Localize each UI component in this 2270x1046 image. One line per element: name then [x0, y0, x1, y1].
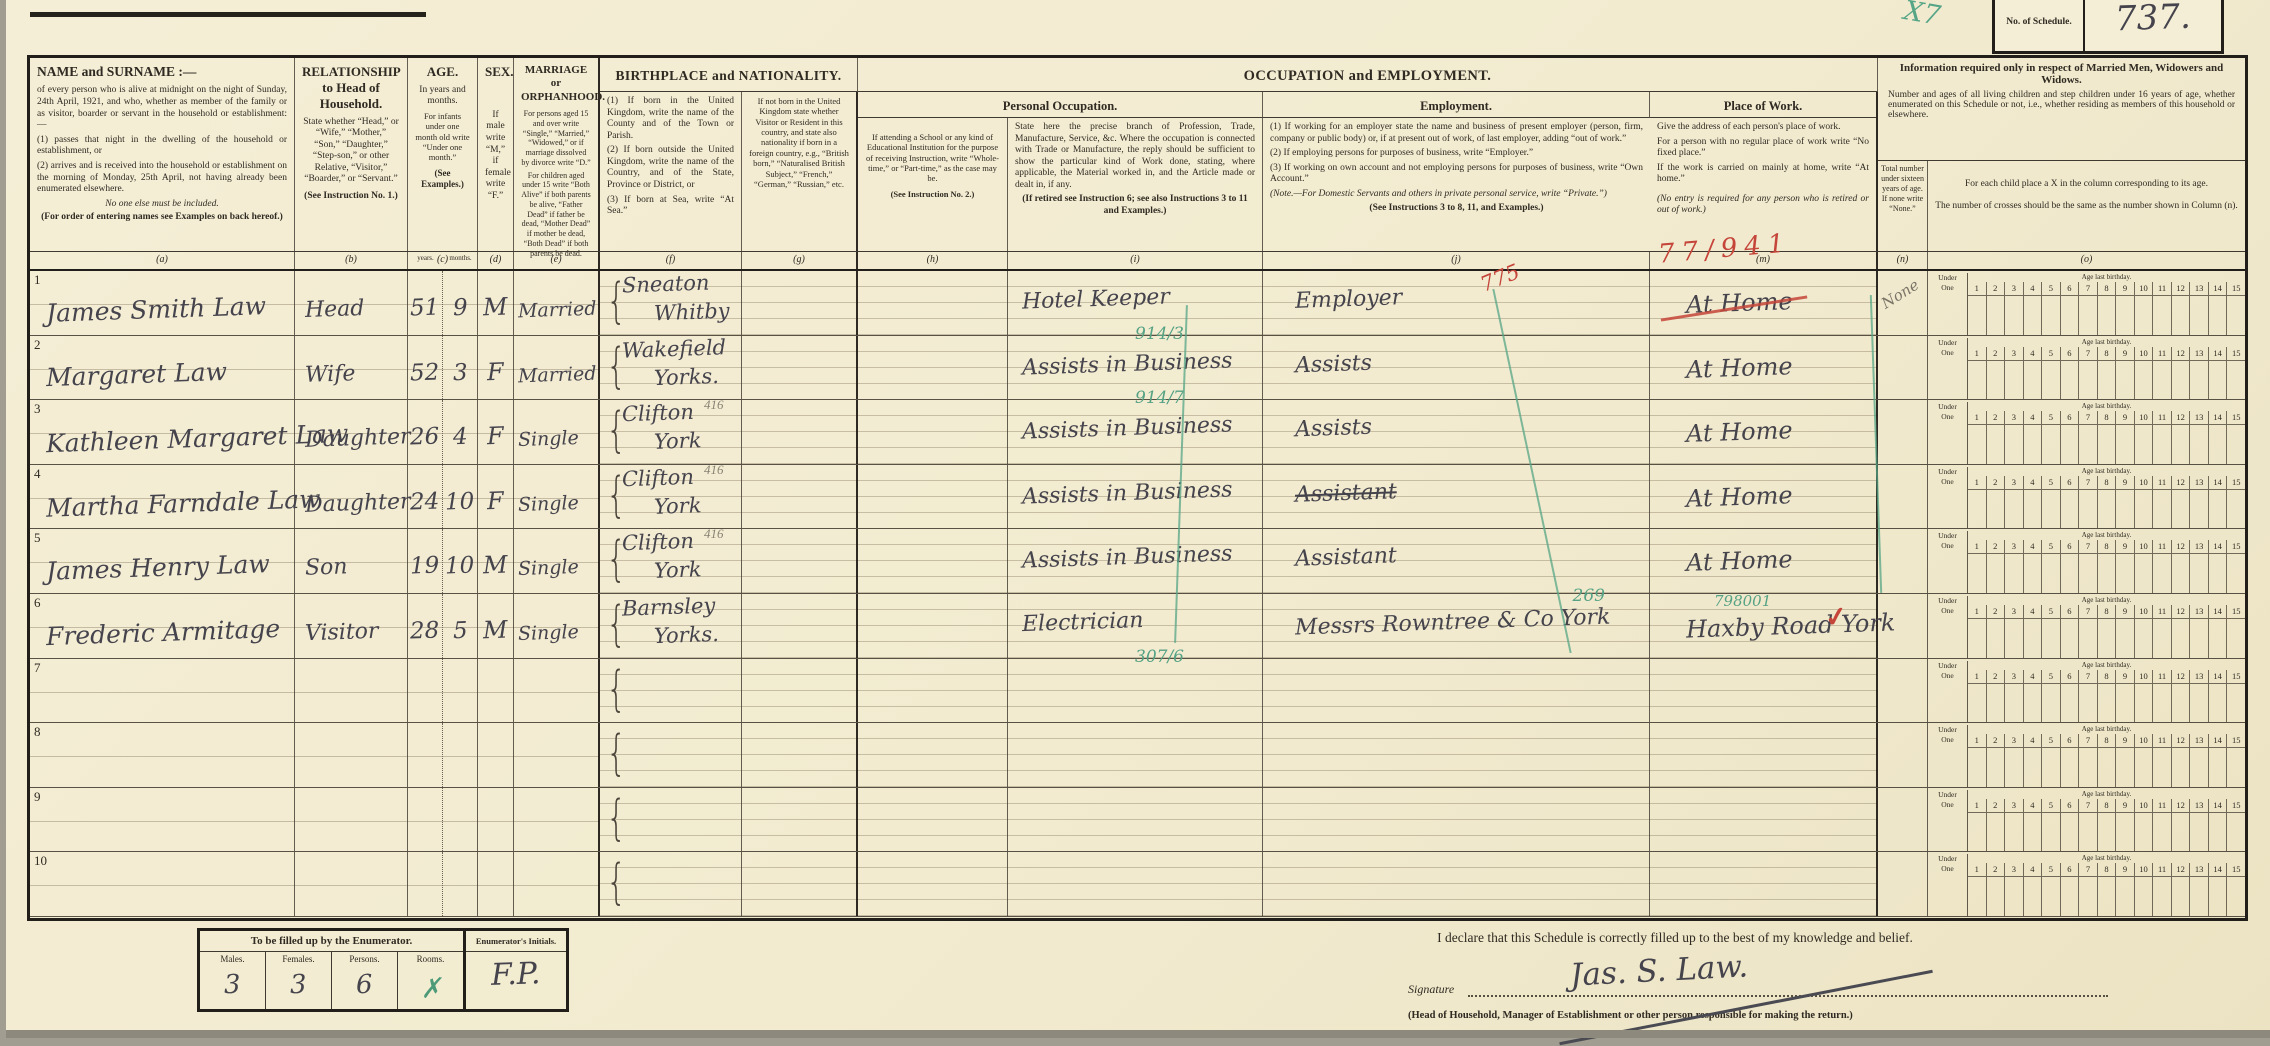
age-numbers-row: 123456789101112131415 [1968, 347, 2245, 361]
age-number: 8 [2098, 605, 2117, 618]
children-age-grid: UnderOneAge last birthday.12345678910111… [1928, 465, 2245, 529]
age-number: 10 [2135, 799, 2154, 812]
age-mark-cell [2227, 684, 2245, 723]
age-mark-cell [2098, 554, 2117, 593]
header-occupation-desc: State here the precise branch of Profess… [1008, 118, 1263, 251]
age-months: 10 [443, 465, 477, 529]
employment-entry: Assistant [1295, 546, 1397, 572]
employment-cell [1263, 788, 1650, 852]
relationship-cell [295, 723, 408, 787]
age-number: 5 [2042, 863, 2061, 876]
age-number: 5 [2042, 734, 2061, 747]
age-number: 3 [2005, 734, 2024, 747]
age-years-entry: 28 [410, 619, 440, 643]
age-number: 6 [2061, 863, 2080, 876]
census-1921-schedule-scan: { "page": { "schedule_label": "No. of Sc… [0, 0, 2270, 1046]
enumerator-title: To be filled up by the Enumerator. [200, 931, 463, 952]
age-years-entry: 24 [410, 490, 440, 514]
under-one-label: UnderOne [1928, 273, 1968, 335]
age-number: 15 [2227, 670, 2245, 683]
name-cell: 8 [30, 723, 295, 787]
age-months: 3 [443, 336, 477, 400]
age-mark-cell [2209, 813, 2228, 852]
married-info-title-block: Information required only in respect of … [1878, 58, 2245, 161]
age-mark-cells [1968, 361, 2245, 400]
employment-code-annotation: 269 [1573, 586, 1605, 606]
sex-entry: F [487, 424, 504, 449]
age-last-birthday-label: Age last birthday. [1968, 531, 2245, 540]
age-mark-cells [1968, 877, 2245, 916]
age-number: 15 [2227, 282, 2245, 295]
name-cell: 2Margaret Law [30, 336, 295, 400]
header-nationality: If not born in the United Kingdom state … [742, 92, 858, 251]
age-mark-cell [1968, 748, 1987, 787]
age-number: 13 [2190, 863, 2209, 876]
age-last-birthday-label: Age last birthday. [1968, 790, 2245, 799]
name-entry: Margaret Law [46, 358, 228, 389]
age-mark-cell [2190, 296, 2209, 335]
age-mark-cell [1987, 619, 2006, 658]
age-number: 8 [2098, 734, 2117, 747]
label-females: Females. [266, 952, 332, 968]
persons-value: 6 [332, 968, 398, 1009]
column-letter-b: (b) [295, 252, 408, 269]
age-number: 9 [2116, 605, 2135, 618]
age-mark-cell [1987, 490, 2006, 529]
sex-cell: F [478, 336, 514, 400]
age-mark-cell [2172, 361, 2191, 400]
age-number: 3 [2005, 799, 2024, 812]
age-number: 10 [2135, 411, 2154, 424]
age-number: 12 [2172, 605, 2191, 618]
place-of-work-cell [1650, 723, 1878, 787]
age-mark-cell [2172, 684, 2191, 723]
nationality-cell [742, 271, 858, 335]
children-grid-cell: UnderOneAge last birthday.12345678910111… [1928, 465, 2245, 529]
header-children-grid: For each child place a X in the column c… [1928, 161, 2245, 251]
age-mark-cell [2079, 554, 2098, 593]
age-number: 10 [2135, 734, 2154, 747]
column-letter-row: (a) (b) (c) (d) (e) (f) (g) (h) (i) (j) … [30, 251, 2245, 271]
total-under-16-cell [1878, 594, 1928, 658]
age-number: 10 [2135, 540, 2154, 553]
marriage-cell: Married [514, 271, 600, 335]
enumerator-initials-label: Enumerator's Initials. [466, 931, 566, 952]
age-months [443, 852, 477, 916]
age-mark-cell [2209, 296, 2228, 335]
table-row: 9{UnderOneAge last birthday.123456789101… [30, 788, 2245, 853]
sex-cell [478, 788, 514, 852]
age-mark-cell [2172, 619, 2191, 658]
table-row: 5James Henry LawSon1910MSingle{CliftonYo… [30, 529, 2245, 594]
age-number: 11 [2153, 799, 2172, 812]
sex-cell [478, 723, 514, 787]
census-table: NAME and SURNAME :— of every person who … [27, 55, 2248, 921]
age-mark-cell [2098, 619, 2117, 658]
occupation-cell: Assists in Business [1008, 529, 1263, 593]
age-number: 12 [2172, 799, 2191, 812]
name-column-note2: (For order of entering names see Example… [37, 212, 287, 224]
enumerator-box: To be filled up by the Enumerator. Males… [197, 928, 569, 1012]
place-of-work-title: Place of Work. [1650, 92, 1876, 118]
age-cell [408, 788, 478, 852]
occupation-cell: Assists in Business [1008, 400, 1263, 464]
age-number: 8 [2098, 799, 2117, 812]
sex-entry: M [483, 295, 508, 320]
employment-entry: Assists [1295, 417, 1373, 442]
age-months [443, 723, 477, 787]
age-mark-cell [2209, 425, 2228, 464]
age-number: 5 [2042, 347, 2061, 360]
age-number: 6 [2061, 734, 2080, 747]
age-mark-cell [2153, 813, 2172, 852]
age-years: 24 [408, 465, 443, 529]
age-mark-cell [2005, 877, 2024, 916]
age-years-months-minihead: years. months. [408, 254, 478, 262]
age-number: 8 [2098, 347, 2117, 360]
age-number: 15 [2227, 476, 2245, 489]
age-number: 11 [2153, 476, 2172, 489]
age-number: 12 [2172, 411, 2191, 424]
rooms-green-mark: ✗ [418, 973, 443, 1005]
age-mark-cell [1987, 296, 2006, 335]
children-grid-cell: UnderOneAge last birthday.12345678910111… [1928, 271, 2245, 335]
age-number: 8 [2098, 540, 2117, 553]
age-mark-cell [2135, 425, 2154, 464]
age-number: 6 [2061, 540, 2080, 553]
children-grid-cell: UnderOneAge last birthday.12345678910111… [1928, 594, 2245, 658]
table-row: 1James Smith LawHead519MMarried{SneatonW… [30, 271, 2245, 336]
age-number: 4 [2024, 734, 2043, 747]
age-mark-cell [2135, 619, 2154, 658]
age-mark-cell [2079, 813, 2098, 852]
occupation-entry: Assists in Business [1022, 544, 1233, 573]
age-number: 2 [1987, 540, 2006, 553]
age-number: 15 [2227, 734, 2245, 747]
age-number: 14 [2209, 863, 2228, 876]
age-mark-cell [2116, 877, 2135, 916]
age-number: 2 [1987, 476, 2006, 489]
age-number: 8 [2098, 670, 2117, 683]
age-mark-cell [2079, 748, 2098, 787]
pencil-annotation: 416 [704, 397, 724, 413]
age-months: 4 [443, 400, 477, 464]
age-number: 2 [1987, 282, 2006, 295]
children-age-grid: UnderOneAge last birthday.12345678910111… [1928, 336, 2245, 400]
age-mark-cell [2061, 296, 2080, 335]
age-mark-cell [2079, 877, 2098, 916]
age-number: 2 [1987, 799, 2006, 812]
pencil-annotation: 416 [704, 526, 724, 542]
age-mark-cell [2116, 425, 2135, 464]
employment-entry: Assistant [1295, 481, 1397, 507]
age-months: 5 [443, 594, 477, 658]
age-cell [408, 852, 478, 916]
age-number: 10 [2135, 863, 2154, 876]
age-mark-cell [1987, 877, 2006, 916]
age-mark-cells [1968, 425, 2245, 464]
employment-cell: Assistant [1263, 529, 1650, 593]
age-mark-cell [1987, 813, 2006, 852]
total-under-16-cell [1878, 788, 1928, 852]
birthplace-cell: {CliftonYork416 [600, 529, 742, 593]
header-occupation-group: OCCUPATION and EMPLOYMENT. Personal Occu… [858, 58, 1878, 251]
age-number: 4 [2024, 282, 2043, 295]
age-number: 1 [1968, 734, 1987, 747]
row-number: 2 [34, 337, 41, 353]
declaration-block: I declare that this Schedule is correctl… [1240, 930, 2110, 1021]
birthplace-line1: Barnsley [622, 595, 716, 619]
age-number: 6 [2061, 605, 2080, 618]
occupation-cell [1008, 723, 1263, 787]
age-number: 7 [2079, 670, 2098, 683]
age-number: 7 [2079, 347, 2098, 360]
total-under-16-entry: None [1879, 277, 1921, 311]
age-mark-cell [2024, 813, 2043, 852]
age-mark-cell [2098, 877, 2117, 916]
age-number: 7 [2079, 863, 2098, 876]
marriage-cell [514, 659, 600, 723]
age-last-birthday-label: Age last birthday. [1968, 725, 2245, 734]
header-birthplace-uk: (1) If born in the United Kingdom, write… [600, 92, 742, 251]
row-number: 5 [34, 530, 41, 546]
age-years: 51 [408, 271, 443, 335]
under-one-label: UnderOne [1928, 531, 1968, 593]
enumerator-column-labels: Males. Females. Persons. Rooms. [200, 952, 463, 968]
enumerator-counts: To be filled up by the Enumerator. Males… [200, 931, 466, 1009]
age-mark-cell [2153, 619, 2172, 658]
age-number: 7 [2079, 411, 2098, 424]
employment-cell: Messrs Rowntree & Co York269 [1263, 594, 1650, 658]
employment-cell: Assists [1263, 400, 1650, 464]
age-number: 7 [2079, 282, 2098, 295]
age-mark-cell [2135, 813, 2154, 852]
age-numbers-row: 123456789101112131415 [1968, 282, 2245, 296]
age-number: 2 [1987, 411, 2006, 424]
age-numbers-row: 123456789101112131415 [1968, 540, 2245, 554]
relationship-cell: Head [295, 271, 408, 335]
under-one-label: UnderOne [1928, 854, 1968, 916]
age-mark-cell [2024, 748, 2043, 787]
nationality-cell [742, 659, 858, 723]
age-number: 5 [2042, 670, 2061, 683]
occupation-group-title: OCCUPATION and EMPLOYMENT. [858, 58, 1878, 92]
age-number: 3 [2005, 540, 2024, 553]
age-mark-cell [2172, 813, 2191, 852]
age-mark-cell [1968, 877, 1987, 916]
age-number: 4 [2024, 476, 2043, 489]
age-number: 10 [2135, 282, 2154, 295]
children-grid-cell: UnderOneAge last birthday.12345678910111… [1928, 400, 2245, 464]
place-of-work-cell: At Home [1650, 400, 1878, 464]
birthplace-cell: {SneatonWhitby [600, 271, 742, 335]
age-number: 12 [2172, 670, 2191, 683]
age-number: 12 [2172, 734, 2191, 747]
place-of-work-entry: At Home [1686, 354, 1793, 382]
school-attendance-cell [858, 400, 1008, 464]
row-number: 10 [34, 853, 47, 869]
employment-cell: Employer [1263, 271, 1650, 335]
birthplace-cell: {CliftonYork416 [600, 465, 742, 529]
age-number: 4 [2024, 411, 2043, 424]
age-number: 11 [2153, 605, 2172, 618]
sex-entry: M [483, 618, 508, 643]
relationship-cell: Daughter [295, 400, 408, 464]
header-sex-column: SEX. If male write “M,” if female write … [478, 58, 514, 251]
age-number: 9 [2116, 863, 2135, 876]
age-number: 4 [2024, 540, 2043, 553]
total-under-16-cell [1878, 723, 1928, 787]
sex-cell: F [478, 465, 514, 529]
nationality-cell [742, 400, 858, 464]
age-cell: 285 [408, 594, 478, 658]
age-last-birthday-label: Age last birthday. [1968, 402, 2245, 411]
age-mark-cell [2079, 684, 2098, 723]
total-under-16-cell [1878, 529, 1928, 593]
birthplace-line1: Clifton [622, 531, 695, 554]
marriage-cell: Married [514, 336, 600, 400]
age-mark-cell [2190, 361, 2209, 400]
age-years-entry: 19 [410, 555, 440, 579]
age-mark-cell [2135, 490, 2154, 529]
name-entry: James Smith Law [46, 293, 267, 326]
age-mark-cell [2079, 490, 2098, 529]
age-mark-cell [1968, 554, 1987, 593]
marriage-entry: Married [518, 364, 597, 386]
age-mark-cell [2079, 425, 2098, 464]
age-mark-cell [2098, 684, 2117, 723]
age-mark-cell [2172, 490, 2191, 529]
paper: No. of Schedule. 737. X7 NAME and SURNAM… [6, 0, 2270, 1038]
school-attendance-cell [858, 336, 1008, 400]
age-number: 7 [2079, 476, 2098, 489]
age-numbers-row: 123456789101112131415 [1968, 411, 2245, 425]
age-mark-cell [2153, 296, 2172, 335]
age-mark-cell [2079, 619, 2098, 658]
age-numbers-row: 123456789101112131415 [1968, 476, 2245, 490]
age-mark-cell [2209, 748, 2228, 787]
age-mark-cell [2061, 554, 2080, 593]
age-number: 1 [1968, 670, 1987, 683]
age-mark-cell [2135, 684, 2154, 723]
label-persons: Persons. [332, 952, 398, 968]
place-of-work-entry: Haxby Road York [1686, 610, 1896, 641]
sex-cell: M [478, 529, 514, 593]
place-code-annotation: 798001 [1714, 592, 1771, 610]
age-number: 6 [2061, 799, 2080, 812]
name-cell: 7 [30, 659, 295, 723]
table-body: 1James Smith LawHead519MMarried{SneatonW… [30, 271, 2245, 917]
age-mark-cell [2153, 425, 2172, 464]
age-number: 1 [1968, 411, 1987, 424]
age-last-birthday-label: Age last birthday. [1968, 596, 2245, 605]
age-mark-cell [2042, 813, 2061, 852]
occupation-entry: Electrician [1022, 610, 1144, 636]
age-number: 7 [2079, 605, 2098, 618]
age-mark-cell [2153, 877, 2172, 916]
children-age-grid: UnderOneAge last birthday.12345678910111… [1928, 400, 2245, 464]
age-last-birthday-label: Age last birthday. [1968, 338, 2245, 347]
age-cell [408, 723, 478, 787]
age-number: 5 [2042, 476, 2061, 489]
age-mark-cell [2227, 490, 2245, 529]
name-cell: 10 [30, 852, 295, 916]
age-years [408, 788, 443, 852]
school-attendance-cell [858, 723, 1008, 787]
table-row: 7{UnderOneAge last birthday.123456789101… [30, 659, 2245, 724]
age-mark-cell [2042, 296, 2061, 335]
marriage-entry: Single [518, 494, 579, 515]
birthplace-line1: Wakefield [622, 337, 727, 362]
birthplace-line2: Yorks. [654, 624, 720, 647]
males-value: 3 [200, 968, 266, 1009]
age-number: 10 [2135, 347, 2154, 360]
age-mark-cell [2024, 684, 2043, 723]
age-number: 13 [2190, 734, 2209, 747]
children-age-grid: UnderOneAge last birthday.12345678910111… [1928, 594, 2245, 658]
schedule-number-value: 737. [2085, 0, 2221, 51]
age-mark-cell [2005, 425, 2024, 464]
age-number: 13 [2190, 411, 2209, 424]
age-years: 52 [408, 336, 443, 400]
age-mark-cell [2042, 425, 2061, 464]
schedule-number-label: No. of Schedule. [1995, 0, 2085, 51]
age-number: 14 [2209, 799, 2228, 812]
age-number: 1 [1968, 863, 1987, 876]
age-mark-cell [2172, 425, 2191, 464]
marriage-cell: Single [514, 529, 600, 593]
children-grid-cell: UnderOneAge last birthday.12345678910111… [1928, 529, 2245, 593]
age-number: 9 [2116, 670, 2135, 683]
name-column-desc: of every person who is alive at midnight… [37, 85, 287, 131]
age-months-entry: 10 [445, 555, 475, 579]
table-row: 10{UnderOneAge last birthday.12345678910… [30, 852, 2245, 917]
birthplace-cell: {BarnsleyYorks. [600, 594, 742, 658]
place-of-work-entry: At Home [1686, 548, 1793, 576]
occupation-cell [1008, 788, 1263, 852]
header-school-attendance: If attending a School or any kind of Edu… [858, 118, 1008, 251]
table-row: 2Margaret LawWife523FMarried{WakefieldYo… [30, 336, 2245, 401]
age-mark-cell [2153, 361, 2172, 400]
age-mark-cell [2005, 684, 2024, 723]
sex-cell: F [478, 400, 514, 464]
header-birthplace-group: BIRTHPLACE and NATIONALITY. (1) If born … [600, 58, 858, 251]
age-mark-cell [2005, 619, 2024, 658]
age-number: 3 [2005, 670, 2024, 683]
personal-occupation-subgroup: Personal Occupation. If attending a Scho… [858, 92, 1263, 251]
age-cell: 1910 [408, 529, 478, 593]
marriage-cell: Single [514, 400, 600, 464]
age-number: 9 [2116, 734, 2135, 747]
age-mark-cell [2042, 554, 2061, 593]
age-mark-cell [2024, 554, 2043, 593]
age-months [443, 788, 477, 852]
personal-occupation-title: Personal Occupation. [858, 92, 1263, 118]
age-mark-cell [2190, 877, 2209, 916]
age-mark-cell [2116, 748, 2135, 787]
age-number: 14 [2209, 605, 2228, 618]
employment-title: Employment. [1263, 92, 1650, 118]
birthplace-line2: Whitby [654, 301, 730, 325]
females-value: 3 [266, 968, 332, 1009]
total-under-16-cell [1878, 852, 1928, 916]
red-check-icon: ✓ [1823, 601, 1850, 635]
age-years-entry: 51 [410, 296, 440, 320]
age-number: 14 [2209, 734, 2228, 747]
age-months-entry: 9 [452, 297, 467, 320]
age-mark-cell [2190, 425, 2209, 464]
age-cell [408, 659, 478, 723]
